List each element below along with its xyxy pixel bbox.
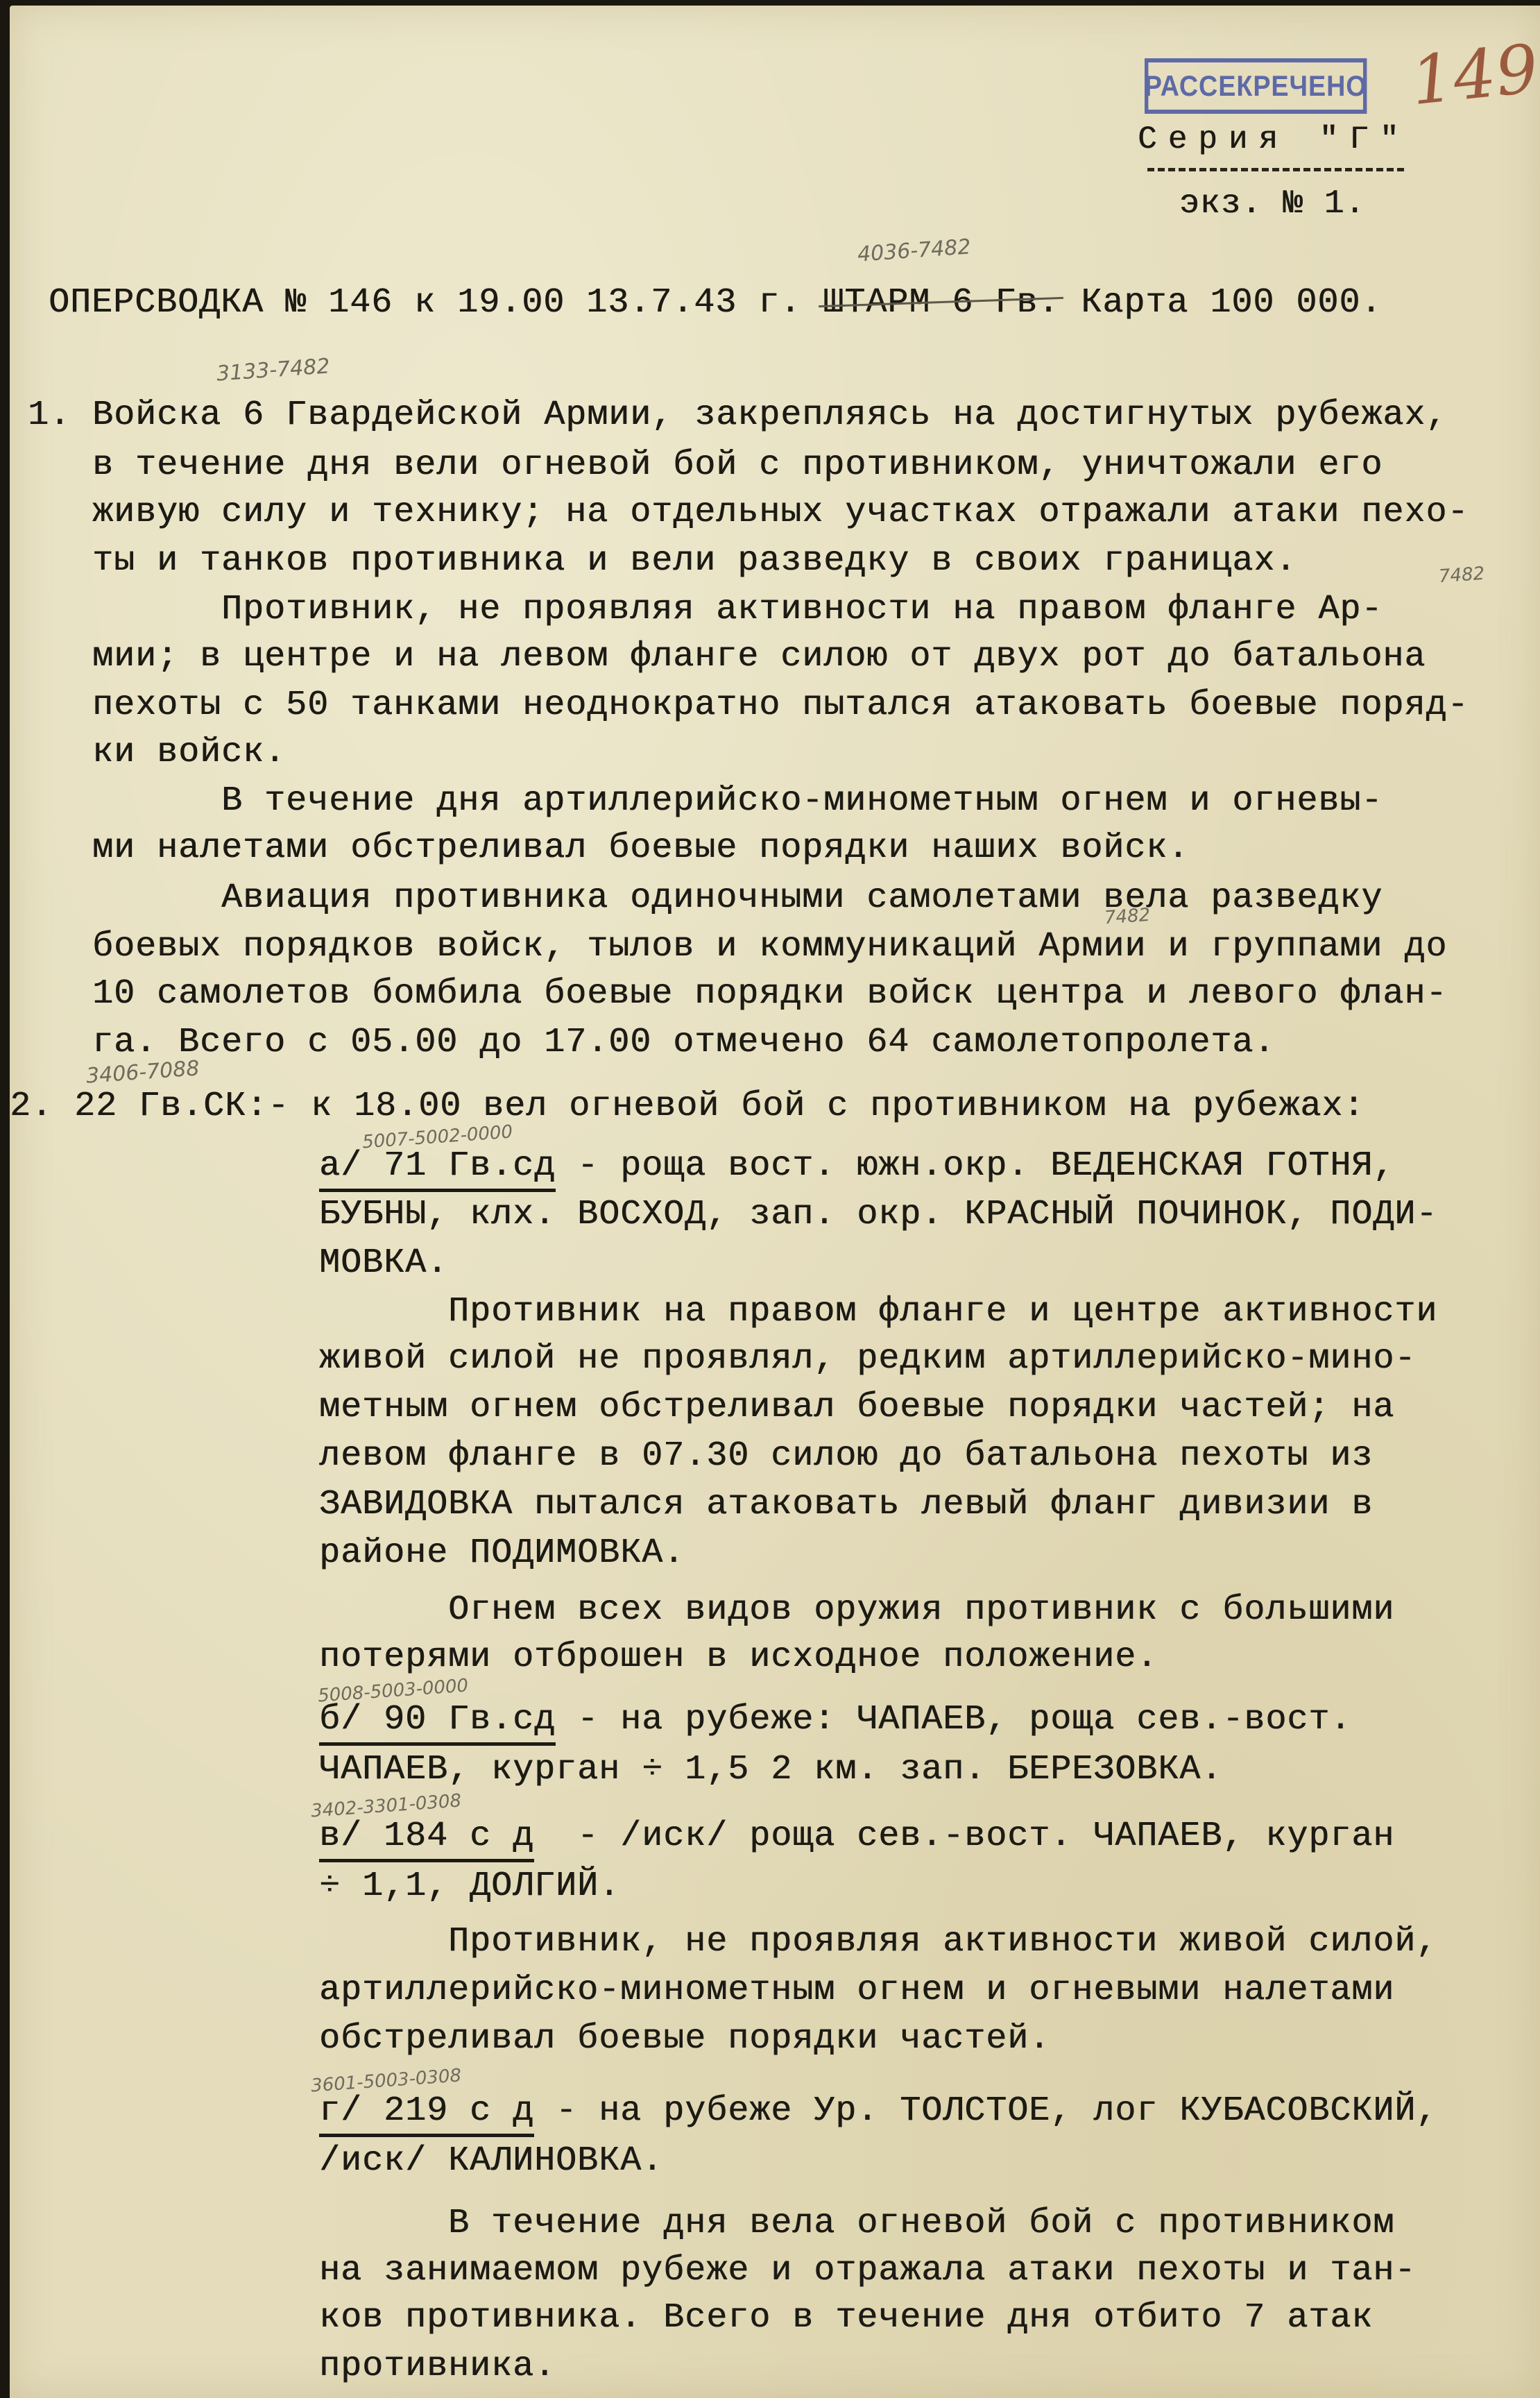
section1-line: 10 самолетов бомбила боевые порядки войс… [28,977,1447,1012]
unit-text: ÷ 1,1, ДОЛГИЙ. [319,1869,620,1904]
section1-line: в течение дня вели огневой бой с противн… [28,448,1383,483]
para-line: Противник на правом фланге и центре акти… [319,1295,1437,1329]
section2-heading: 2. 22 Гв.СК:- к 18.00 вел огневой бой с … [10,1089,1364,1124]
section1-line: га. Всего с 05.00 до 17.00 отмечено 64 с… [28,1026,1275,1060]
para-line: на занимаемом рубеже и отражала атаки пе… [319,2254,1416,2288]
unit-90-line: б/ 90 Гв.сд - на рубеже: ЧАПАЕВ, роща се… [319,1703,1351,1737]
unit-text: БУБНЫ, клх. ВОСХОД, зап. окр. КРАСНЫЙ ПО… [319,1198,1437,1232]
para-line: ЗАВИДОВКА пытался атаковать левый фланг … [319,1488,1373,1522]
unit-text: - роща вост. южн.окр. ВЕДЕНСКАЯ ГОТНЯ, [556,1146,1394,1186]
section1-line: пехоты с 50 танками неоднократно пытался… [28,688,1469,723]
section1-line: 1. Войска 6 Гвардейской Армии, закрепляя… [28,398,1447,433]
section1-line: ми налетами обстреливал боевые порядки н… [28,831,1189,866]
document-page: РАССЕКРЕЧЕНО 149 Серия "Г" экз. № 1. 403… [10,6,1540,2398]
struck-text: ШТАРМ 6 Гв. [823,283,1059,323]
para-line: потерями отброшен в исходное положение. [319,1640,1158,1675]
section1-line: живую силу и технику; на отдельных участ… [28,495,1469,530]
unit-text: - на рубеже Ур. ТОЛСТОЕ, лог КУБАСОВСКИЙ… [534,2091,1437,2131]
section1-annotation-2: 7482 [1438,563,1485,588]
copy-number: экз. № 1. [1179,187,1365,221]
para-line: метным огнем обстреливал боевые порядки … [319,1391,1394,1425]
unit-text: - /иск/ роща сев.-вост. ЧАПАЕВ, курган [534,1817,1394,1856]
para-line: живой силой не проявлял, редким артиллер… [319,1342,1416,1377]
unit-text: МОВКА. [319,1246,448,1281]
map-scale: Карта 100 000. [1059,283,1382,323]
section1-line: боевых порядков войск, тылов и коммуника… [28,930,1447,964]
para-line: Огнем всех видов оружия противник с боль… [319,1593,1394,1628]
para-line: артиллерийско-минометным огнем и огневым… [319,1973,1394,2008]
unit-71-line: а/ 71 Гв.сд - роща вост. южн.окр. ВЕДЕНС… [319,1149,1394,1184]
section1-line: В течение дня артиллерийско-минометным о… [28,784,1383,819]
para-line: районе ПОДИМОВКА. [319,1536,685,1571]
section1-annotation: 3133-7482 [216,354,331,386]
title-annotation: 4036-7482 [857,235,972,266]
unit-label: в/ 184 с д [319,1817,534,1862]
series-label: Серия "Г" [1138,124,1410,155]
declassified-stamp: РАССЕКРЕЧЕНО [1145,58,1367,114]
unit-184-line: в/ 184 с д - /иск/ роща сев.-вост. ЧАПАЕ… [319,1819,1394,1854]
unit-text: /иск/ КАЛИНОВКА. [319,2144,663,2179]
para-line: левом фланге в 07.30 силою до батальона … [319,1439,1373,1474]
section1-line: Противник, не проявляя активности на пра… [28,593,1383,627]
section1-line: мии; в центре и на левом фланге силою от… [28,640,1426,674]
para-line: обстреливал боевые порядки частей. [319,2022,1050,2057]
para-line: ков противника. Всего в течение дня отби… [319,2301,1373,2336]
series-divider [1147,168,1404,171]
unit-219-line: г/ 219 с д - на рубеже Ур. ТОЛСТОЕ, лог … [319,2094,1437,2129]
title-text: ОПЕРСВОДКА № 146 к 19.00 13.7.43 г. [49,283,823,323]
section1-line: ты и танков противника и вели разведку в… [28,544,1297,579]
unit-label: а/ 71 Гв.сд [319,1146,556,1192]
unit-text: - на рубеже: ЧАПАЕВ, роща сев.-вост. [556,1700,1351,1740]
report-title: ОПЕРСВОДКА № 146 к 19.00 13.7.43 г. ШТАР… [49,286,1382,321]
unit-label: б/ 90 Гв.сд [319,1700,556,1746]
para-line: Противник, не проявляя активности живой … [319,1925,1437,1959]
unit-label: г/ 219 с д [319,2091,534,2137]
para-line: противника. [319,2349,556,2384]
section1-line: ки войск. [28,735,286,770]
para-line: В течение дня вела огневой бой с противн… [319,2206,1394,2241]
folio-number: 149 [1408,30,1540,121]
unit-text: ЧАПАЕВ, курган ÷ 1,5 2 км. зап. БЕРЕЗОВК… [319,1753,1222,1787]
section1-line: Авиация противника одиночными самолетами… [28,881,1383,916]
